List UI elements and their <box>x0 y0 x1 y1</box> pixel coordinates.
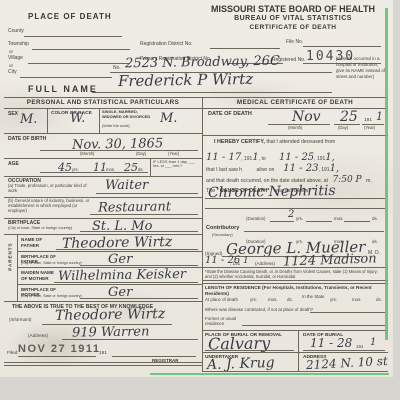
city-label: City <box>8 70 17 76</box>
age-label: AGE <box>8 161 19 167</box>
father-birthplace-line <box>80 265 198 266</box>
right-row-line-1 <box>202 135 388 136</box>
informant-label: (Informant) <box>9 317 31 322</box>
date-of-death-label: DATE OF DEATH <box>208 111 252 118</box>
burial-date-line <box>303 350 385 351</box>
filed-year-printed: 191 <box>99 351 107 357</box>
green-edge-mark-horizontal <box>150 373 389 376</box>
green-edge-mark-vertical <box>385 8 388 340</box>
mother-name-handwriting: Wilhelmina Keisker <box>58 268 186 283</box>
certify-rest-text: that I attended deceased from <box>266 139 335 145</box>
filed-date-stamp: NOV 27 1911 <box>18 343 101 355</box>
occupation-b-handwriting: Restaurant <box>98 200 171 214</box>
undertaker-handwriting: A. J. Krug <box>207 356 275 372</box>
dob-label: DATE OF BIRTH <box>8 136 46 142</box>
burial-place-line <box>205 350 294 351</box>
dob-day-sub: (Day) <box>136 152 146 157</box>
duration-label: (Duration) <box>246 216 266 221</box>
certificate-title: CERTIFICATE OF DEATH <box>198 24 388 32</box>
filed-line-2 <box>112 356 196 357</box>
full-name-line <box>92 92 332 93</box>
sex-value-handwriting: M. <box>20 113 37 126</box>
sign-year-printed: , 191 <box>230 261 240 266</box>
duration-yrs-unit: yrs. <box>296 216 303 221</box>
street-no-label: No. <box>113 66 121 72</box>
dod-day-handwriting: 25 <box>340 110 358 124</box>
bureau-title: BUREAU OF VITAL STATISTICS <box>198 15 388 23</box>
right-row-line-3 <box>202 280 388 281</box>
occupation-b-label: (b) General nature of industry, business… <box>8 199 92 214</box>
city-line <box>20 77 112 78</box>
burial-year-printed: 191 <box>356 344 363 349</box>
occupation-a-line <box>96 193 198 194</box>
marital-sub-label: (Write the word) <box>102 124 130 128</box>
cause-line-1 <box>205 198 385 199</box>
or-label-2: or <box>9 63 13 68</box>
duration-line-1 <box>270 221 294 222</box>
burial-divider <box>298 330 299 371</box>
section-band-top-line <box>4 97 388 98</box>
left-bottom-line-2 <box>4 365 202 366</box>
undertaker-address-handwriting: 2124 N. 10 st <box>306 355 388 371</box>
or-label-1: or <box>9 49 13 54</box>
sex-label: SEX <box>8 111 18 117</box>
time-of-death-handwriting: 7:50 P <box>332 175 361 185</box>
county-label: County <box>8 29 24 35</box>
full-name-handwriting: Frederick P Wirtz <box>118 72 253 89</box>
father-name-label: NAME OF FATHER <box>21 237 51 248</box>
race-value-handwriting: W. <box>70 112 85 125</box>
race-marital-divider <box>99 108 100 133</box>
full-name-label: FULL NAME <box>28 84 98 95</box>
registration-district-line <box>210 48 280 49</box>
age-line <box>40 172 148 173</box>
duration2-ds-unit: ds. <box>372 239 378 244</box>
certify-bold-text: I HEREBY CERTIFY, <box>214 139 265 145</box>
age-note: IF LESS than 1 day, ___ hrs. or ___ min.… <box>153 160 199 169</box>
contracted-line <box>310 312 385 313</box>
township-label: Township <box>8 42 29 48</box>
street-value-handwriting: 2523 N. Broadway, 26C <box>125 55 280 71</box>
duration-ds-unit: ds. <box>372 216 378 221</box>
at-place-label: At place of death <box>205 297 238 302</box>
informant-address-handwriting: 919 Warren <box>72 325 150 339</box>
right-row-line-4 <box>202 283 388 284</box>
duration-years-handwriting: 2 <box>288 210 294 220</box>
informant-address-line <box>62 339 198 340</box>
registration-district-label: Registration District No. <box>140 42 193 48</box>
dod-month-sub: (Month) <box>288 126 302 131</box>
marital-label: SINGLE, MARRIED, WIDOWED OR DIVORCED <box>102 110 154 119</box>
medical-section-title: MEDICAL CERTIFICATE OF DEATH <box>202 99 388 107</box>
cause-footnote: *State the Disease Causing Death, or, in… <box>205 269 385 279</box>
occupation-a-handwriting: Waiter <box>105 179 148 192</box>
former-residence-label: Former or usual residence <box>205 316 239 326</box>
age-note-divider <box>150 158 151 176</box>
place-of-death-title: PLACE OF DEATH <box>28 12 112 22</box>
filed-label: Filed <box>7 351 17 357</box>
in-state-label: In the State <box>302 294 324 299</box>
dod-year-printed: 191 <box>364 118 372 124</box>
duration-line-2 <box>306 221 332 222</box>
secondary-label: (Secondary) <box>212 233 233 237</box>
at-place-yrs: yrs. <box>250 297 257 302</box>
row-line-1 <box>4 133 202 134</box>
contributory-line <box>244 231 384 232</box>
sex-race-divider <box>47 108 48 133</box>
occupation-a-label: (a) Trade, profession, or particular kin… <box>8 184 96 194</box>
in-state-mos: mos. <box>352 297 362 302</box>
birthplace-sub-label: (City or town, State or foreign country) <box>8 226 78 230</box>
parents-vertical-label: PARENTS <box>7 255 12 271</box>
certify-line-1: I HEREBY CERTIFY, that I attended deceas… <box>214 139 335 146</box>
file-no-label: File No. <box>286 40 303 46</box>
mother-name-line <box>54 282 198 283</box>
burial-year-handwriting: 1 <box>370 338 376 348</box>
dod-year-sub: (Year) <box>364 126 375 131</box>
m-label: m. <box>366 178 372 184</box>
certificate-paper: PLACE OF DEATH MISSOURI STATE BOARD OF H… <box>0 0 393 377</box>
right-row-line-6 <box>202 352 388 353</box>
at-place-mos: mos. <box>268 297 278 302</box>
sign-year-handwriting: 1 <box>243 257 249 266</box>
file-no-line <box>303 46 381 47</box>
village-label: Village <box>8 56 23 62</box>
mother-birthplace-line <box>80 298 198 299</box>
dod-month-handwriting: Nov <box>292 110 321 124</box>
section-band-bottom-line <box>4 108 388 109</box>
contributory-label: Contributory <box>206 225 239 232</box>
county-line <box>24 36 122 37</box>
scanned-death-certificate: { "units": {"yrs": "yrs.", "mos": "mos."… <box>0 0 400 400</box>
mother-name-label: MAIDEN NAME OF MOTHER <box>21 270 61 281</box>
informant-address-label: (Address) <box>28 333 48 338</box>
in-state-ds: ds. <box>376 297 382 302</box>
sign-address-label: (Address) <box>255 261 275 266</box>
former-residence-line <box>242 325 385 326</box>
contracted-label: Where was disease contracted, if not at … <box>205 307 313 312</box>
personal-section-title: PERSONAL AND STATISTICAL PARTICULARS <box>4 99 202 107</box>
duration-line-3 <box>344 221 370 222</box>
occupation-b-line <box>90 214 198 215</box>
dob-year-sub: (Year) <box>168 152 179 157</box>
residence-title: LENGTH OF RESIDENCE (For Hospitals, Inst… <box>205 285 385 296</box>
left-bottom-line-1 <box>4 362 202 363</box>
dod-year-handwriting: 1 <box>376 111 383 122</box>
birthplace-line <box>80 231 198 232</box>
burial-date-handwriting: 11 - 28 <box>310 337 352 349</box>
marital-value-handwriting: M. <box>160 112 177 125</box>
right-row-line-5 <box>202 330 388 331</box>
father-name-line <box>56 249 198 250</box>
board-title: MISSOURI STATE BOARD OF HEALTH <box>198 4 388 15</box>
dob-month-sub: (Month) <box>80 152 94 157</box>
dod-day-sub: (Day) <box>338 126 348 131</box>
township-line <box>32 49 130 50</box>
village-line <box>28 63 130 64</box>
in-state-yrs: yrs. <box>330 297 337 302</box>
at-place-ds: ds. <box>287 297 293 302</box>
informant-handwriting: Theodore Wirtz <box>55 307 165 323</box>
cause-line-2 <box>205 208 385 209</box>
filed-line-1 <box>18 356 96 357</box>
right-row-line-2 <box>202 267 388 268</box>
hospital-note: [If death occurred in a hospital or inst… <box>336 56 387 79</box>
row-line-10 <box>4 301 202 302</box>
duration-mos-unit: mos. <box>334 216 344 221</box>
row-line-3 <box>4 176 202 177</box>
